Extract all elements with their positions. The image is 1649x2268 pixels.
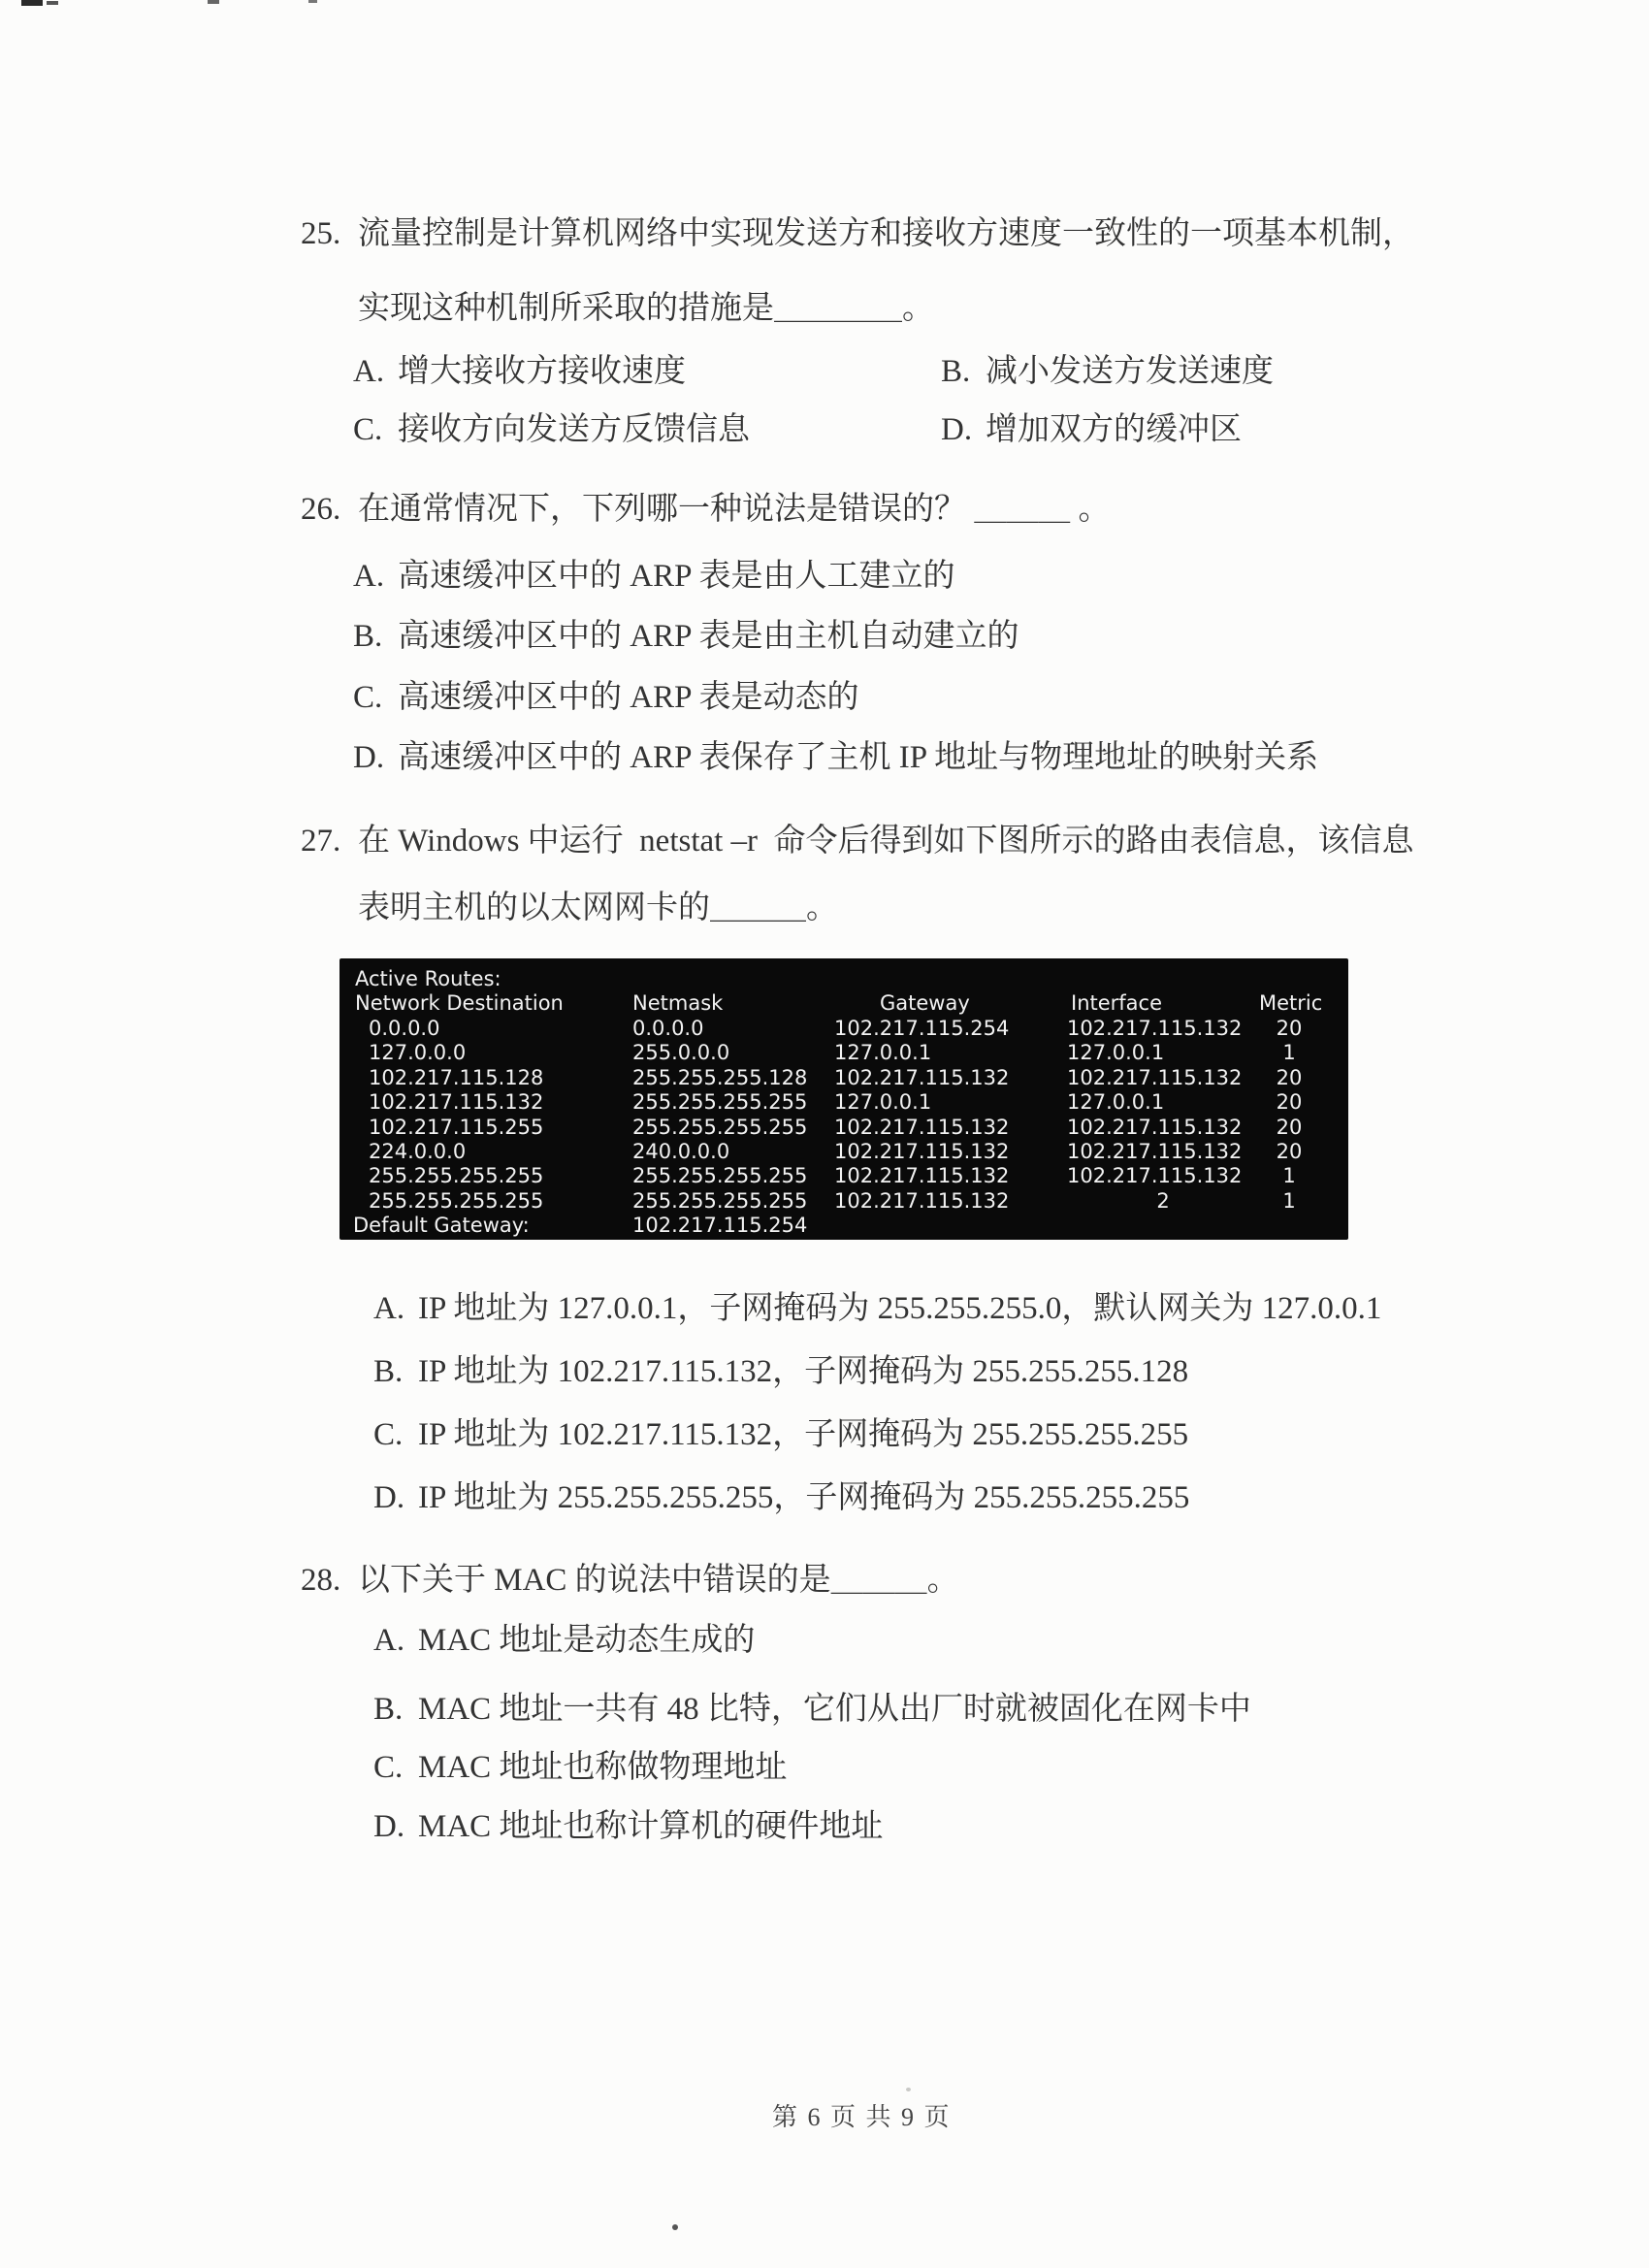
routing-table-cell: 20 [1259,1140,1319,1163]
option-c: C.IP 地址为 102.217.115.132，子网掩码为 255.255.2… [373,1416,1188,1454]
option-label: C. [353,679,398,717]
column-header-interface: Interface [1071,991,1162,1015]
routing-table-cell: 1 [1259,1164,1319,1187]
question-stem-line: 在通常情况下，下列哪一种说法是错误的？ ＿＿＿ 。 [358,491,1111,529]
question-stem-line: 表明主机的以太网网卡的＿＿＿。 [358,890,838,927]
routing-table-cell: 127.0.0.1 [1067,1041,1259,1064]
routing-table-cell: 255.255.255.255 [632,1164,826,1187]
routing-table-cell: 102.217.115.132 [834,1116,1067,1139]
routing-table-cell: 0.0.0.0 [632,1017,826,1040]
routing-table-cell: 102.217.115.132 [1067,1116,1259,1139]
routing-table-title: Active Routes: [355,967,501,990]
option-label: A. [353,353,398,391]
option-d: D.增加双方的缓冲区 [941,411,1242,449]
option-a: A.增大接收方接收速度 [353,353,686,391]
scan-artifact [47,1,58,5]
routing-table-cell: 255.255.255.255 [369,1164,630,1187]
routing-table-cell: 224.0.0.0 [369,1140,630,1163]
routing-table-row: 255.255.255.255255.255.255.255102.217.11… [339,1164,1348,1188]
option-text: MAC 地址也称做物理地址 [418,1750,787,1785]
routing-table-cell: 20 [1259,1017,1319,1040]
option-text: 增大接收方接收速度 [398,354,686,389]
option-d: D.高速缓冲区中的 ARP 表保存了主机 IP 地址与物理地址的映射关系 [353,739,1318,777]
scan-artifact [308,0,317,3]
question-number: 26. [301,491,340,529]
routing-table-cell: 102.217.115.132 [834,1164,1067,1187]
option-a: A.IP 地址为 127.0.0.1，子网掩码为 255.255.255.0，默… [373,1290,1381,1328]
routing-table-screenshot: Active Routes: Network Destination Netma… [339,958,1348,1240]
option-text: 高速缓冲区中的 ARP 表是由人工建立的 [398,559,954,594]
routing-table-cell: 1 [1259,1041,1319,1064]
option-label: C. [373,1749,418,1787]
column-header-netmask: Netmask [632,991,723,1015]
routing-table-row: 0.0.0.00.0.0.0102.217.115.254102.217.115… [339,1017,1348,1041]
option-text: 接收方向发送方反馈信息 [398,412,750,447]
option-b: B.MAC 地址一共有 48 比特，它们从出厂时就被固化在网卡中 [373,1691,1251,1729]
scan-artifact [21,0,43,6]
routing-table-cell: 102.217.115.132 [834,1066,1067,1089]
option-text: 高速缓冲区中的 ARP 表保存了主机 IP 地址与物理地址的映射关系 [398,740,1318,775]
option-b: B.减小发送方发送速度 [941,353,1274,391]
routing-table-default-gateway: Default Gateway: 102.217.115.254 [339,1214,1348,1238]
routing-table-cell: 102.217.115.255 [369,1116,630,1139]
option-c: C.高速缓冲区中的 ARP 表是动态的 [353,679,858,717]
scan-artifact [906,2088,911,2091]
column-header-gateway: Gateway [880,991,970,1015]
routing-table-cell: 20 [1259,1090,1319,1114]
option-label: B. [373,1691,418,1729]
option-b: B.高速缓冲区中的 ARP 表是由主机自动建立的 [353,618,1018,656]
routing-table-row: 102.217.115.255255.255.255.255102.217.11… [339,1116,1348,1140]
exam-page: 25. 流量控制是计算机网络中实现发送方和接收方速度一致性的一项基本机制， 实现… [0,0,1649,2268]
routing-table-cell: 0.0.0.0 [369,1017,630,1040]
option-a: A.MAC 地址是动态生成的 [373,1622,755,1660]
option-label: D. [373,1479,418,1517]
routing-table-cell: 102.217.115.132 [1067,1140,1259,1163]
option-b: B.IP 地址为 102.217.115.132，子网掩码为 255.255.2… [373,1353,1188,1391]
question-stem-line: 流量控制是计算机网络中实现发送方和接收方速度一致性的一项基本机制， [358,215,1414,253]
routing-table-cell: 127.0.0.0 [369,1041,630,1064]
option-d: D.IP 地址为 255.255.255.255，子网掩码为 255.255.2… [373,1479,1189,1517]
option-label: D. [941,411,986,449]
option-text: 减小发送方发送速度 [986,354,1274,389]
option-label: A. [373,1290,418,1328]
routing-table-cell: 255.255.255.128 [632,1066,826,1089]
routing-table-cell: 1 [1259,1189,1319,1213]
option-label: B. [373,1353,418,1391]
question-stem-line: 在 Windows 中运行 netstat –r 命令后得到如下图所示的路由表信… [358,823,1414,860]
option-text: 高速缓冲区中的 ARP 表是由主机自动建立的 [398,619,1018,654]
routing-table-cell: 255.255.255.255 [632,1116,826,1139]
option-label: B. [353,618,398,656]
option-text: MAC 地址一共有 48 比特，它们从出厂时就被固化在网卡中 [418,1692,1251,1727]
question-number: 27. [301,823,340,860]
routing-table-cell: 102.217.115.132 [369,1090,630,1114]
routing-table-cell: 255.255.255.255 [632,1090,826,1114]
option-d: D.MAC 地址也称计算机的硬件地址 [373,1808,883,1846]
routing-table-row: 224.0.0.0240.0.0.0102.217.115.132102.217… [339,1140,1348,1164]
default-gateway-label: Default Gateway: [353,1214,530,1237]
option-label: A. [373,1622,418,1660]
option-c: C.接收方向发送方反馈信息 [353,411,750,449]
option-text: IP 地址为 127.0.0.1，子网掩码为 255.255.255.0，默认网… [418,1291,1381,1326]
option-label: C. [373,1416,418,1454]
routing-table-row: 255.255.255.255255.255.255.255102.217.11… [339,1189,1348,1214]
option-text: 增加双方的缓冲区 [986,412,1242,447]
routing-table-cell: 255.255.255.255 [632,1189,826,1213]
default-gateway-value: 102.217.115.254 [632,1214,807,1237]
option-a: A.高速缓冲区中的 ARP 表是由人工建立的 [353,558,954,596]
option-label: C. [353,411,398,449]
question-stem-line: 以下关于 MAC 的说法中错误的是＿＿＿。 [358,1562,959,1600]
routing-table-row: 102.217.115.128255.255.255.128102.217.11… [339,1066,1348,1090]
routing-table-cell: 102.217.115.132 [834,1140,1067,1163]
option-text: MAC 地址也称计算机的硬件地址 [418,1809,883,1844]
routing-table-cell: 102.217.115.132 [1067,1164,1259,1187]
option-text: IP 地址为 102.217.115.132，子网掩码为 255.255.255… [418,1354,1188,1389]
routing-table-row: 127.0.0.0255.0.0.0127.0.0.1127.0.0.11 [339,1041,1348,1065]
routing-table-cell: 127.0.0.1 [834,1041,1067,1064]
option-text: MAC 地址是动态生成的 [418,1623,755,1658]
routing-table-cell: 102.217.115.132 [834,1189,1067,1213]
routing-table-cell: 255.0.0.0 [632,1041,826,1064]
routing-table-cell: 127.0.0.1 [1067,1090,1259,1114]
question-number: 28. [301,1562,340,1600]
option-text: IP 地址为 102.217.115.132，子网掩码为 255.255.255… [418,1417,1188,1452]
option-c: C.MAC 地址也称做物理地址 [373,1749,787,1787]
column-header-network-destination: Network Destination [355,991,564,1015]
routing-table-header: Network Destination Netmask Gateway Inte… [339,991,1348,1016]
routing-table-cell: 255.255.255.255 [369,1189,630,1213]
option-label: A. [353,558,398,596]
routing-table-cell: 102.217.115.254 [834,1017,1067,1040]
routing-table-cell: 20 [1259,1116,1319,1139]
routing-table-cell: 20 [1259,1066,1319,1089]
routing-table-cell: 127.0.0.1 [834,1090,1067,1114]
option-label: B. [941,353,986,391]
option-label: D. [373,1808,418,1846]
question-number: 25. [301,215,340,253]
column-header-metric: Metric [1259,991,1322,1015]
routing-table-cell: 102.217.115.132 [1067,1066,1259,1089]
option-text: IP 地址为 255.255.255.255，子网掩码为 255.255.255… [418,1480,1189,1515]
scan-artifact [672,2224,678,2230]
question-stem-line: 实现这种机制所采取的措施是＿＿＿＿。 [358,290,934,328]
routing-table-row: 102.217.115.132255.255.255.255127.0.0.11… [339,1090,1348,1115]
routing-table-cell: 2 [1067,1189,1259,1213]
page-footer: 第 6 页 共 9 页 [772,2103,952,2133]
routing-table-cell: 102.217.115.132 [1067,1017,1259,1040]
option-text: 高速缓冲区中的 ARP 表是动态的 [398,680,858,715]
scan-artifact [208,0,219,4]
routing-table-cell: 102.217.115.128 [369,1066,630,1089]
option-label: D. [353,739,398,777]
routing-table-cell: 240.0.0.0 [632,1140,826,1163]
